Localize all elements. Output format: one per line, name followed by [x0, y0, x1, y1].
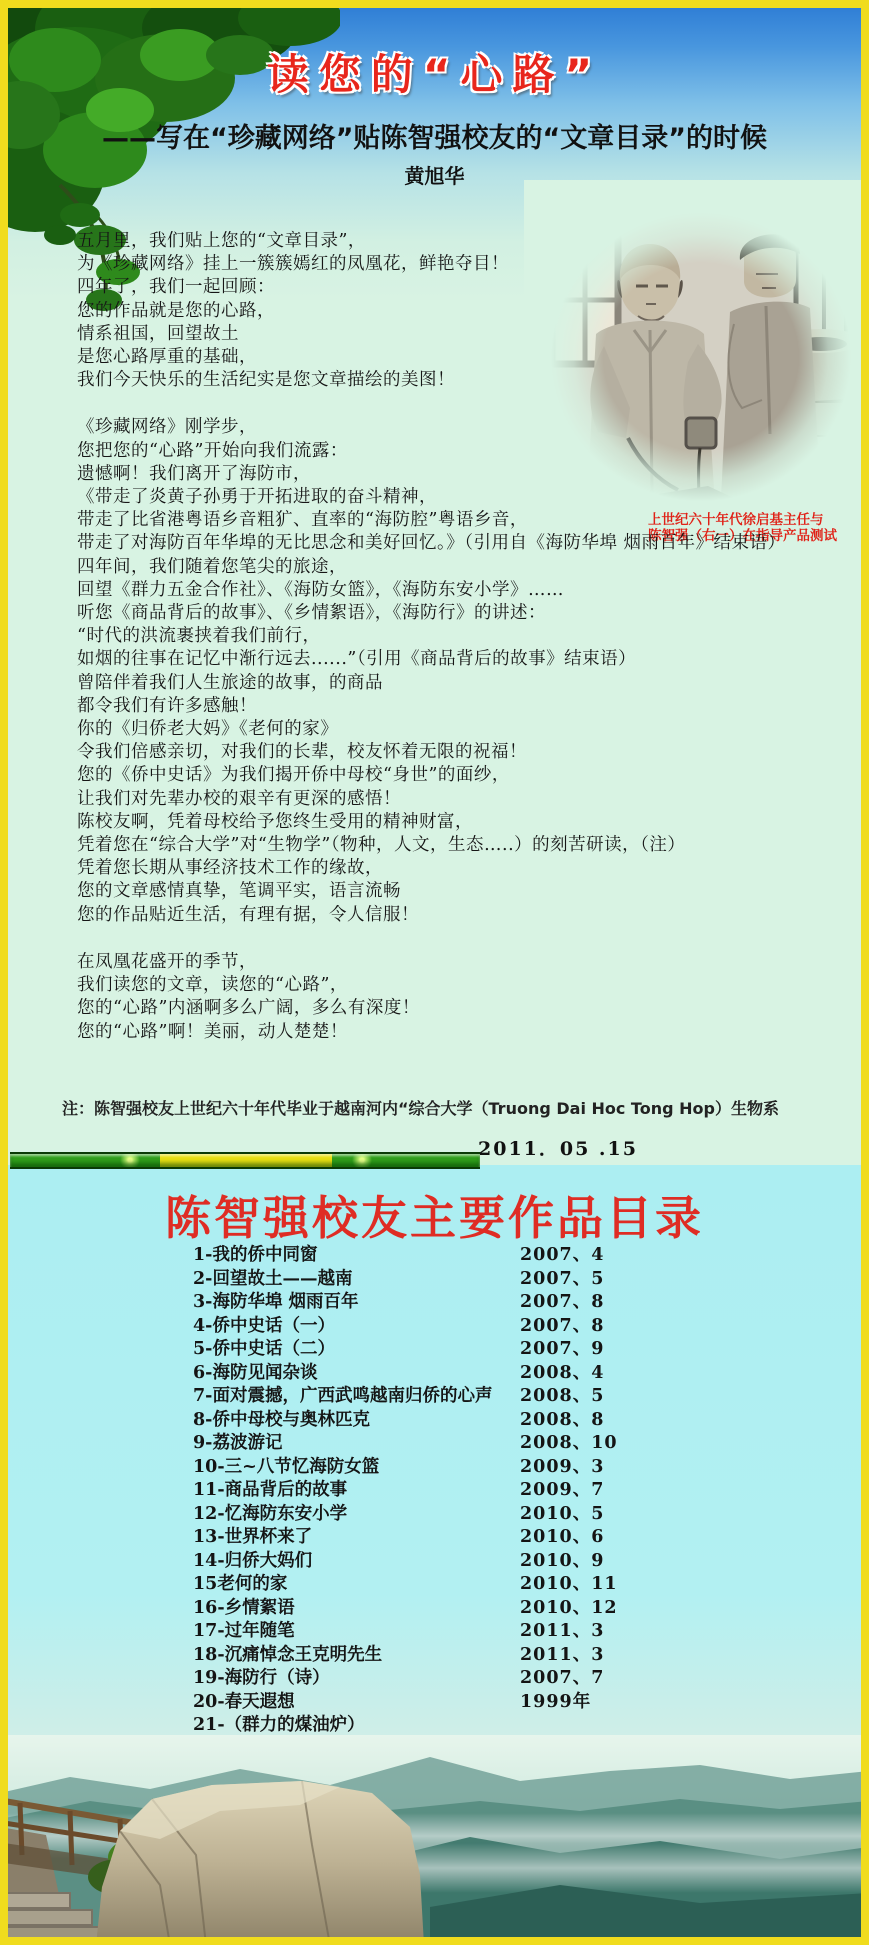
poem-line: 听您《商品背后的故事》、《乡情絮语》，《海防行》的讲述：: [77, 602, 867, 625]
work-title: 1-我的侨中同窗: [193, 1244, 520, 1268]
work-row: 6-海防见闻杂谈2008、4: [193, 1362, 673, 1386]
poem-line: 您的《侨中史话》为我们揭开侨中母校“身世”的面纱，: [77, 764, 867, 787]
poem-line: 我们读您的文章，读您的“心路”，: [77, 974, 867, 997]
work-row: 21-（群力的煤油炉）: [193, 1714, 673, 1738]
poem-line: 陈校友啊，凭着母校给予您终生受用的精神财富，: [77, 811, 867, 834]
poem-line: 情系祖国，回望故土: [77, 323, 867, 346]
work-date: 2010、11: [520, 1573, 618, 1597]
work-row: 18-沉痛悼念王克明先生2011、3: [193, 1644, 673, 1668]
poem-line: 为《珍藏网络》挂上一簇簇嫣红的凤凰花，鲜艳夺目！: [77, 253, 867, 276]
divider-bar: [10, 1152, 480, 1169]
poem-line: 在凤凰花盛开的季节，: [77, 951, 867, 974]
work-date: 2010、6: [520, 1526, 604, 1550]
work-date: 2007、7: [520, 1667, 604, 1691]
work-title: 10-三~八节忆海防女篮: [193, 1456, 520, 1480]
poem-stanza: 五月里，我们贴上您的“文章目录”，为《珍藏网络》挂上一簇簇嫣红的凤凰花，鲜艳夺目…: [77, 230, 867, 392]
poem-line: 您把您的“心路”开始向我们流露：: [77, 440, 867, 463]
work-date: 2011、3: [520, 1620, 604, 1644]
work-row: 2-回望故土——越南2007、5: [193, 1268, 673, 1292]
works-title: 陈智强校友主要作品目录: [0, 1182, 869, 1248]
poem-line: 回望《群力五金合作社》、《海防女篮》，《海防东安小学》……: [77, 579, 867, 602]
work-title: 4-侨中史话（一）: [193, 1315, 520, 1339]
work-row: 12-忆海防东安小学2010、5: [193, 1503, 673, 1527]
works-list: 1-我的侨中同窗2007、42-回望故土——越南2007、53-海防华埠 烟雨百…: [193, 1244, 673, 1738]
poem-line: 《带走了炎黄子孙勇于开拓进取的奋斗精神，: [77, 486, 867, 509]
poem-line: 都令我们有许多感触！: [77, 695, 867, 718]
page-title: 读您的“心路”: [0, 42, 869, 102]
work-row: 8-侨中母校与奥林匹克2008、8: [193, 1409, 673, 1433]
work-row: 3-海防华埠 烟雨百年2007、8: [193, 1291, 673, 1315]
poem-line: 令我们倍感亲切，对我们的长辈，校友怀着无限的祝福！: [77, 741, 867, 764]
work-date: 2010、9: [520, 1550, 604, 1574]
work-row: 20-春天遐想1999年: [193, 1691, 673, 1715]
work-title: 16-乡情絮语: [193, 1597, 520, 1621]
poem-line: 我们今天快乐的生活纪实是您文章描绘的美图！: [77, 369, 867, 392]
work-row: 1-我的侨中同窗2007、4: [193, 1244, 673, 1268]
work-title: 11-商品背后的故事: [193, 1479, 520, 1503]
poem-line: “时代的洪流裹挟着我们前行，: [77, 625, 867, 648]
poem-line: 遗憾啊！我们离开了海防市，: [77, 463, 867, 486]
work-title: 14-归侨大妈们: [193, 1550, 520, 1574]
work-row: 5-侨中史话（二）2007、9: [193, 1338, 673, 1362]
work-row: 13-世界杯来了2010、6: [193, 1526, 673, 1550]
poem-stanza: 《珍藏网络》刚学步，您把您的“心路”开始向我们流露：遗憾啊！我们离开了海防市，《…: [77, 416, 867, 926]
poem-line: 四年了，我们一起回顾：: [77, 276, 867, 299]
poem-line: 您的作品贴近生活，有理有据，令人信服！: [77, 904, 867, 927]
work-row: 14-归侨大妈们2010、9: [193, 1550, 673, 1574]
work-date: 2007、4: [520, 1244, 604, 1268]
poem-line: 您的作品就是您的心路，: [77, 300, 867, 323]
work-title: 18-沉痛悼念王克明先生: [193, 1644, 520, 1668]
footnote: 注：陈智强校友上世纪六十年代毕业于越南河内“综合大学（Truong Dai Ho…: [62, 1096, 852, 1119]
mountain-landscape-graphic: [0, 1735, 869, 1945]
poem-line: 您的“心路”啊！美丽，动人楚楚！: [77, 1021, 867, 1044]
work-date: 1999年: [520, 1691, 591, 1715]
work-row: 7-面对震撼，广西武鸣越南归侨的心声2008、5: [193, 1385, 673, 1409]
work-row: 4-侨中史话（一）2007、8: [193, 1315, 673, 1339]
date-stamp: 2011．05 .15: [478, 1134, 638, 1161]
work-title: 19-海防行（诗）: [193, 1667, 520, 1691]
poem-line: 凭着您长期从事经济技术工作的缘故，: [77, 857, 867, 880]
poster-page: 读您的“心路” ——写在“珍藏网络”贴陈智强校友的“文章目录”的时候 黄旭华: [0, 0, 869, 1945]
work-title: 8-侨中母校与奥林匹克: [193, 1409, 520, 1433]
poem-line: 凭着您在“综合大学”对“生物学”（物种，人文，生态…..）的刻苦研读，（注）: [77, 834, 867, 857]
work-date: 2010、5: [520, 1503, 604, 1527]
poem-line: 曾陪伴着我们人生旅途的故事，的商品: [77, 672, 867, 695]
work-date: 2008、4: [520, 1362, 604, 1386]
work-date: 2009、3: [520, 1456, 604, 1480]
work-date: 2008、5: [520, 1385, 604, 1409]
poem-line: 如烟的往事在记忆中渐行远去......”（引用《商品背后的故事》结束语）: [77, 648, 867, 671]
page-subtitle: ——写在“珍藏网络”贴陈智强校友的“文章目录”的时候: [0, 116, 869, 155]
poem-line: 五月里，我们贴上您的“文章目录”，: [77, 230, 867, 253]
work-row: 19-海防行（诗）2007、7: [193, 1667, 673, 1691]
poem-stanza: 在凤凰花盛开的季节，我们读您的文章，读您的“心路”，您的“心路”内涵啊多么广阔，…: [77, 951, 867, 1044]
work-row: 11-商品背后的故事2009、7: [193, 1479, 673, 1503]
work-date: 2009、7: [520, 1479, 604, 1503]
poem-line: 是您心路厚重的基础，: [77, 346, 867, 369]
work-title: 3-海防华埠 烟雨百年: [193, 1291, 520, 1315]
work-date: 2010、12: [520, 1597, 618, 1621]
work-date: 2008、10: [520, 1432, 618, 1456]
work-title: 20-春天遐想: [193, 1691, 520, 1715]
work-date: 2011、3: [520, 1644, 604, 1668]
work-title: 21-（群力的煤油炉）: [193, 1714, 520, 1738]
poem-line: 《珍藏网络》刚学步，: [77, 416, 867, 439]
work-title: 9-荔波游记: [193, 1432, 520, 1456]
poem: 五月里，我们贴上您的“文章目录”，为《珍藏网络》挂上一簇簇嫣红的凤凰花，鲜艳夺目…: [77, 230, 867, 1068]
poem-line: 你的《归侨老大妈》《老何的家》: [77, 718, 867, 741]
work-row: 16-乡情絮语2010、12: [193, 1597, 673, 1621]
work-title: 12-忆海防东安小学: [193, 1503, 520, 1527]
poem-line: 四年间，我们随着您笔尖的旅途，: [77, 556, 867, 579]
work-date: 2008、8: [520, 1409, 604, 1433]
poem-line: 让我们对先辈办校的艰辛有更深的感悟！: [77, 788, 867, 811]
work-date: 2007、8: [520, 1315, 604, 1339]
work-title: 6-海防见闻杂谈: [193, 1362, 520, 1386]
work-title: 17-过年随笔: [193, 1620, 520, 1644]
work-row: 10-三~八节忆海防女篮2009、3: [193, 1456, 673, 1480]
poem-line: 带走了比省港粤语乡音粗犷、直率的“海防腔”粤语乡音，: [77, 509, 867, 532]
poem-line: 您的“心路”内涵啊多么广阔，多么有深度！: [77, 997, 867, 1020]
poem-line: 带走了对海防百年华埠的无比思念和美好回忆。》（引用自《海防华埠 烟雨百年》结束语…: [77, 532, 867, 555]
poem-line: 您的文章感情真挚，笔调平实，语言流畅: [77, 880, 867, 903]
work-date: 2007、5: [520, 1268, 604, 1292]
work-title: 15老何的家: [193, 1573, 520, 1597]
work-row: 15老何的家2010、11: [193, 1573, 673, 1597]
work-title: 2-回望故土——越南: [193, 1268, 520, 1292]
work-date: 2007、9: [520, 1338, 604, 1362]
work-title: 5-侨中史话（二）: [193, 1338, 520, 1362]
work-row: 17-过年随笔2011、3: [193, 1620, 673, 1644]
work-date: 2007、8: [520, 1291, 604, 1315]
work-title: 13-世界杯来了: [193, 1526, 520, 1550]
work-row: 9-荔波游记2008、10: [193, 1432, 673, 1456]
mountain-landscape-photo: [0, 1735, 869, 1945]
work-title: 7-面对震撼，广西武鸣越南归侨的心声: [193, 1385, 520, 1409]
